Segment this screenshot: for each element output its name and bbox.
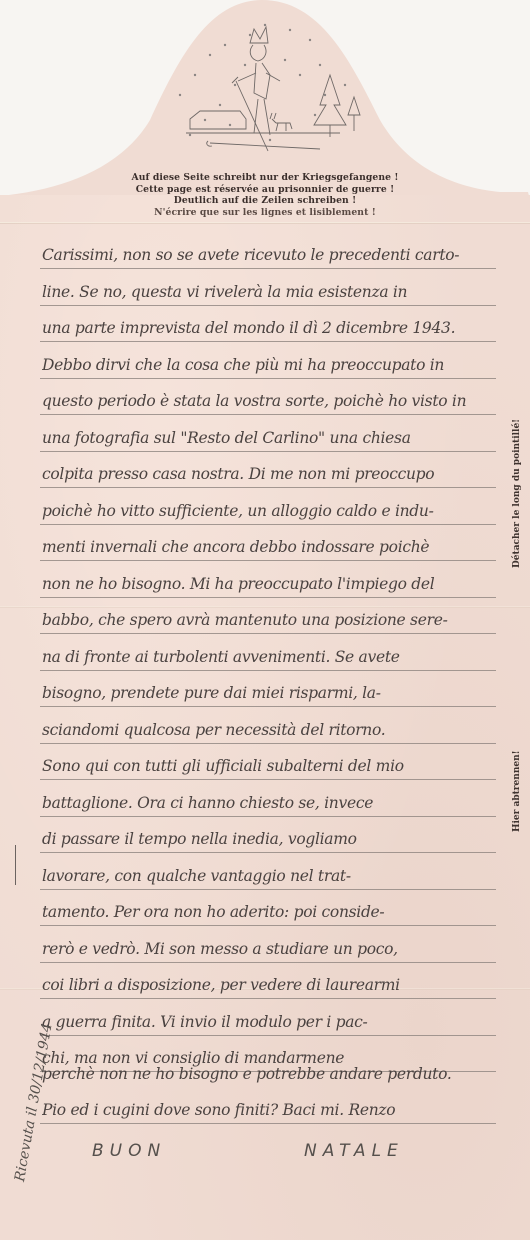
instruction-german-1: Auf diese Seite schreibt nur der Kriegsg… — [0, 172, 530, 184]
letter-line: Pio ed i cugini dove sono finiti? Baci m… — [42, 1095, 497, 1125]
greeting-natale: NATALE — [304, 1141, 404, 1161]
letter-line: Sono qui con tutti gli ufficiali subalte… — [42, 751, 497, 781]
letter-line: perchè non ne ho bisogno e potrebbe anda… — [42, 1059, 497, 1089]
letter-line: una parte imprevista del mondo il dì 2 d… — [42, 313, 497, 343]
letter-line: menti invernali che ancora debbo indossa… — [42, 532, 497, 562]
letter-line: battaglione. Ora ci hanno chiesto se, in… — [42, 788, 497, 818]
letter-line: una fotografia sul "Resto del Carlino" u… — [42, 423, 497, 453]
letter-line: na di fronte ai turbolenti avvenimenti. … — [42, 642, 497, 672]
instruction-german-2: Deutlich auf die Zeilen schreiben ! — [0, 195, 530, 207]
letter-line: colpita presso casa nostra. Di me non mi… — [42, 459, 497, 489]
fold-crease — [0, 222, 530, 224]
letter-line: di passare il tempo nella inedia, voglia… — [42, 824, 497, 854]
margin-dash — [15, 845, 16, 885]
letter-line: questo periodo è stata la vostra sorte, … — [42, 386, 497, 416]
letter-line: line. Se no, questa vi rivelerà la mia e… — [42, 277, 497, 307]
greeting-buon: BUON — [92, 1141, 166, 1161]
letter-line: a guerra finita. Vi invio il modulo per … — [42, 1007, 497, 1037]
letter-line: bisogno, prendete pure dai miei risparmi… — [42, 678, 497, 708]
detach-label: Détacher le long du pointillé! — [512, 419, 522, 568]
letter-line: coi libri a disposizione, per vedere di … — [42, 970, 497, 1000]
skier-sketch-icon — [150, 15, 390, 165]
letter-line: sciandomi qualcosa per necessità del rit… — [42, 715, 497, 745]
letter-line: poichè ho vitto sufficiente, un alloggio… — [42, 496, 497, 526]
letter-line: babbo, che spero avrà mantenuto una posi… — [42, 605, 497, 635]
prisoner-instructions: Auf diese Seite schreibt nur der Kriegsg… — [0, 172, 530, 218]
letter-line: tamento. Per ora non ho aderito: poi con… — [42, 897, 497, 927]
instruction-french-2: N'écrire que sur les lignes et lisibleme… — [0, 207, 530, 219]
instruction-french-1: Cette page est réservée au prisonnier de… — [0, 184, 530, 196]
letter-line: rerò e vedrò. Mi son messo a studiare un… — [42, 934, 497, 964]
letter-line: lavorare, con qualche vantaggio nel trat… — [42, 861, 497, 891]
letter-sheet: Auf diese Seite schreibt nur der Kriegsg… — [0, 0, 530, 1240]
letter-line: non ne ho bisogno. Mi ha preoccupato l'i… — [42, 569, 497, 599]
letter-line: Carissimi, non so se avete ricevuto le p… — [42, 240, 497, 270]
tear-here-label: Hier abtrennen! — [512, 750, 522, 832]
letter-line: Debbo dirvi che la cosa che più mi ha pr… — [42, 350, 497, 380]
